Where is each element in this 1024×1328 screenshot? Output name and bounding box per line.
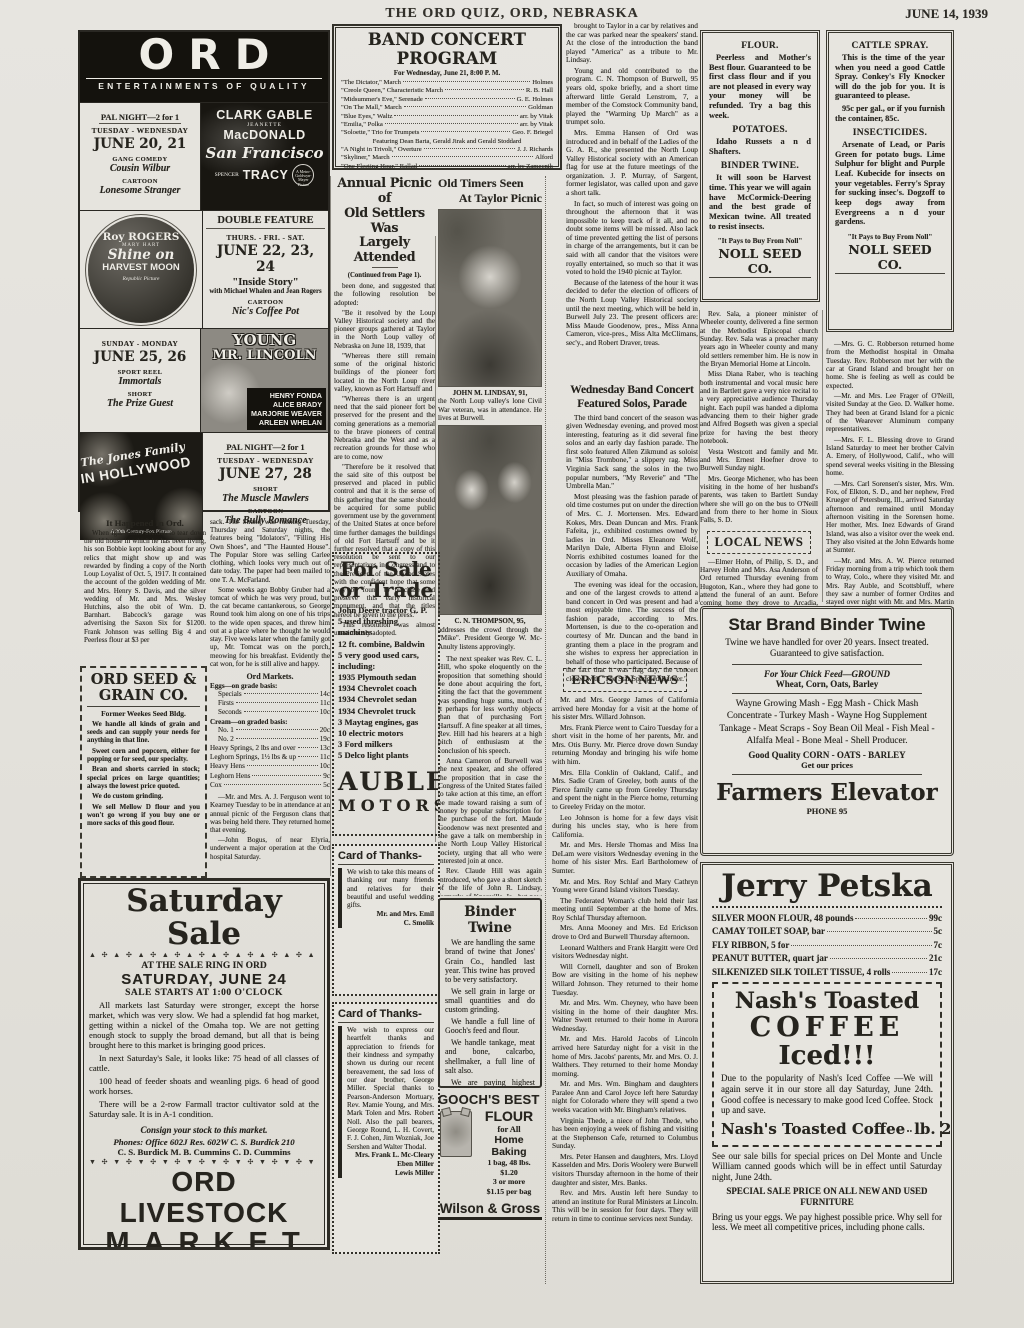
theater-banner: ORD ENTERTAINMENTS OF QUALITY (80, 32, 328, 102)
coffee-line2: COFFEE (721, 1014, 933, 1042)
coffee-price: lb. 27c (914, 1118, 954, 1141)
nash-coffee-box: Nash's Toasted COFFEE Iced!!! Due to the… (712, 982, 942, 1147)
piece-credit: arr. by Vitak (520, 121, 553, 129)
get-prices-line: Get our prices (713, 760, 941, 770)
paragraph: We are paying highest prices for fat hog… (445, 1078, 535, 1088)
dot-leader (392, 156, 534, 157)
ord-seed-name: ORD SEED &GRAIN CO. (87, 672, 200, 704)
signature: Mrs. Frank L. Mc-Cleary (347, 1151, 434, 1160)
show1-extra2-type: CARTOON (83, 178, 197, 185)
paragraph: 100 head of feeder shoats and weanling p… (89, 1077, 319, 1097)
potatoes-text: Idaho Russets a n d Shafters. (709, 137, 811, 156)
news-column-a-items: Rev. Sala, a pioneer minister of Wheeler… (700, 310, 818, 527)
sale-body: All markets last Saturday were stronger,… (89, 1001, 319, 1123)
livestock-market-name2: M.A.R.K.E.T (89, 1228, 319, 1250)
pal-night-label: PAL NIGHT—2 for 1 (99, 112, 181, 124)
news-item: Mr. and Mrs. Hersle Thomas and Miss Ina … (552, 841, 698, 875)
piece-credit: arr. by Zamecnik (508, 163, 554, 170)
market-price: 20c (320, 726, 330, 735)
piece-credit: J. J. Richards (517, 146, 553, 154)
paragraph: Some weeks ago Bobby Gruber had a tomcat… (210, 586, 330, 668)
market-label: No. 2 (218, 735, 234, 744)
saturday-sale-title: Saturday Sale (89, 885, 319, 950)
binder-twine-body: We are handling the same brand of twine … (445, 938, 535, 1088)
ord-markets-heading: Ord Markets. (210, 672, 330, 681)
flour-heading: FLOUR. (709, 41, 811, 51)
dot-leader (830, 958, 927, 959)
noll-seed-name: NOLL SEED CO. (709, 246, 811, 278)
lindsay-photo (438, 209, 542, 387)
signature: Lewis Miller (347, 1169, 434, 1178)
poster1-star1: CLARK GABLE (203, 108, 326, 122)
program-row: "One Fleeting Hour," Ballad arr. by Zame… (341, 163, 553, 170)
ord-seed-grain-ad: ORD SEED &GRAIN CO. Former Weekes Seed B… (80, 666, 207, 878)
theater-tagline: ENTERTAINMENTS OF QUALITY (86, 78, 322, 91)
saturday-sale-ad: Saturday Sale ▲ ✣ ▲ ✣ ▲ ✣ ▲ ✣ ▲ ✣ ▲ ✣ ▲ … (78, 878, 330, 1250)
double-feature-banner: DOUBLE FEATURE (206, 215, 325, 229)
show4-extra1-type: SHORT (206, 486, 325, 493)
paragraph: Because of the lateness of the hour it w… (566, 279, 698, 348)
market-label: Seconds (218, 708, 242, 717)
auble-name: AUBLE (338, 767, 434, 796)
dot-leader (855, 918, 927, 919)
news-item: Mrs. Ella Conklin of Oakland, Calif., an… (552, 769, 698, 812)
star-brand-heading: Star Brand Binder Twine (713, 615, 941, 635)
flour-text: Peerless and Mother's Best flour. Guaran… (709, 53, 811, 120)
show2-extra-type: CARTOON (206, 299, 325, 306)
card-of-thanks-2: Card of Thanks- We wish to express our h… (332, 1002, 440, 1254)
ord-seed-body: We handle all kinds of grain and seeds a… (87, 720, 200, 830)
signature: Mr. and Mrs. Emil (347, 910, 434, 919)
news-item: Miss Diana Raber, who is teaching both i… (700, 370, 818, 445)
poster1-title: San Francisco (203, 144, 326, 162)
paragraph: sack. The Strand was running Tuesday, Th… (210, 518, 330, 584)
owners-line: C. S. Burdick M. B. Cummins C. D. Cummin… (89, 1147, 319, 1157)
gooch-line1: GOOCH'S BEST (438, 1092, 542, 1107)
for-sale-item: 1934 Chevrolet sedan (338, 694, 434, 705)
cattle-spray-text1: This is the time of the year when you ne… (835, 53, 945, 101)
gooch-line4: Home Baking (476, 1134, 542, 1158)
item-price: 5c (934, 925, 943, 939)
news-item: Virginia Thede, a niece of John Thede, w… (552, 1117, 698, 1151)
show3-extra2-type: SHORT (83, 391, 197, 398)
pal-night-label-2: PAL NIGHT—2 for 1 (224, 442, 306, 454)
sale-ring-line: AT THE SALE RING IN ORD (89, 961, 319, 971)
program-row: "Skyliner," March Alford (341, 154, 553, 162)
mgm-seal-icon: A Metro-Goldwyn-Mayer Picture (292, 164, 314, 186)
paragraph: In fact, so much of interest was going o… (566, 200, 698, 277)
ornament-row-bottom: ▼ ✣ ▼ ✣ ▼ ✣ ▼ ✣ ▼ ✣ ▼ ✣ ▼ ✣ ▼ ✣ ▼ ✣ ▼ ✣ … (89, 1158, 319, 1166)
old-timers-story: The next speaker was Rev. C. L. Hill, wh… (438, 655, 542, 896)
news-item: Mr. and Mrs. Harold Jacobs of Lincoln ar… (552, 1035, 698, 1078)
piece-title: "Blue Eyes," Waltz (341, 113, 392, 121)
price-row: PEANUT BUTTER, quart jar 21c (712, 952, 942, 966)
card-of-thanks-1: Card of Thanks- We wish to take this mea… (332, 844, 440, 996)
for-sale-item: 3 Ford milkers (338, 739, 434, 750)
show4-days: TUESDAY - WEDNESDAY (206, 456, 325, 465)
show3-extra1: Immortals (83, 376, 197, 387)
theater-show1-cell: PAL NIGHT—2 for 1 TUESDAY - WEDNESDAY JU… (80, 103, 200, 210)
for-sale-item: 1934 Chevrolet coach (338, 683, 434, 694)
program-row: "On The Mall," March Goldman (341, 104, 553, 112)
paragraph: Young and old contributed to the program… (566, 67, 698, 127)
dot-leader (421, 131, 510, 132)
card1-bodywrap: We wish to take this means of thanking o… (338, 868, 434, 928)
eggs-rows: Specials 14c Firsts 11c Seconds 10c (210, 690, 330, 718)
market-row: No. 2 19c (210, 735, 330, 744)
dot-leader (425, 98, 515, 99)
market-price: 11c (320, 699, 330, 708)
news-item: —Mrs. Carl Sorensen's sister, Mrs. Wm. F… (826, 480, 954, 555)
cattle-spray-text2: 95c per gal., or if you furnish the cont… (835, 104, 945, 123)
market-label: No. 1 (218, 726, 234, 735)
for-sale-item: 3 Maytag engines, gas (338, 717, 434, 728)
news-item: Mr. and Mrs. Wm. Bingham and daughters P… (552, 1080, 698, 1114)
market-price: 11c (320, 753, 330, 762)
paragraph: been done, and suggested that the follow… (334, 282, 435, 307)
it-happened-right-column: sack. The Strand was running Tuesday, Th… (210, 518, 330, 878)
price-row: SILKENIZED SILK TOILET TISSUE, 4 rolls 1… (712, 966, 942, 980)
theater-show2-cell: DOUBLE FEATURE THURS. - FRI. - SAT. JUNE… (202, 211, 328, 328)
piece-title: "Soloette," Trio for Trumpets (341, 129, 419, 137)
price-row: FLY RIBBON, 5 for 7c (712, 939, 942, 953)
young-mr-lincoln-poster: YOUNG MR. LINCOLN HENRY FONDAALICE BRADY… (200, 329, 328, 432)
market-label: Heavy Springs, 2 lbs and over (210, 744, 296, 753)
cream-rows: No. 1 20c No. 2 19c (210, 726, 330, 744)
piece-title: "Midsummer's Eve," Serenade (341, 96, 423, 104)
news-item: —Mr. and Mrs. A. J. Ferguson went to Kea… (210, 793, 330, 834)
card2-body: We wish to express our heartfelt thanks … (347, 1026, 434, 1151)
item-label: PEANUT BUTTER, quart jar (712, 952, 828, 966)
wednesday-concert-article: Wednesday Band Concert Featured Solos, P… (566, 384, 698, 666)
gooch-flour-ad: GOOCH'S BEST FLOUR for All Home Baking 1… (438, 1092, 542, 1286)
card2-bodywrap: We wish to express our heartfelt thanks … (338, 1026, 434, 1178)
poster2-title1: Shine on (88, 248, 194, 263)
band-program-list-1: "The Dictator," March Holmes "Creole Que… (341, 79, 553, 138)
item-price: 17c (929, 966, 942, 980)
furniture-sale-line: SPECIAL SALE PRICE ON ALL NEW AND USED F… (712, 1186, 942, 1209)
show2-feature2-with: with Michael Whalen and Jean Rogers (206, 288, 325, 295)
news-column-a: Rev. Sala, a pioneer minister of Wheeler… (700, 310, 818, 604)
dot-leader (244, 711, 318, 712)
show1-extra1-type: GANG COMEDY (83, 156, 197, 163)
cast-name: ALICE BRADY (251, 400, 322, 409)
for-sale-head2: or Trade (338, 580, 434, 601)
column-rule (822, 310, 823, 602)
theater-name: ORD (80, 32, 328, 78)
dot-leader (236, 702, 318, 703)
noll-cattle-spray-ad: CATTLE SPRAY. This is the time of the ye… (826, 30, 954, 332)
piece-credit: G. E. Holmes (517, 96, 553, 104)
program-row: "Emilia," Polka arr. by Vitak (341, 121, 553, 129)
piece-credit: Holmes (532, 79, 553, 87)
news-item: Rev. Sala, a pioneer minister of Wheeler… (700, 310, 818, 368)
poster2-studio: Republic Picture (88, 276, 194, 282)
gooch-right: FLOUR for All Home Baking 1 bag, 48 lbs.… (476, 1108, 542, 1197)
piece-title: "Skyliner," March (341, 154, 390, 162)
cast-name: HENRY FONDA (251, 391, 322, 400)
news-item: Vesta Westcott and family and Mr. and Mr… (700, 448, 818, 473)
price-row: SILVER MOON FLOUR, 48 pounds 99c (712, 912, 942, 926)
market-row: Specials 14c (210, 690, 330, 699)
signature: C. Smolik (347, 919, 434, 928)
band-program-list-2: "A Night in Trivoli," Overture J. J. Ric… (341, 146, 553, 170)
poultry-rows: Heavy Springs, 2 lbs and over 13c Leghor… (210, 744, 330, 790)
poster1-star3: TRACY (243, 168, 289, 182)
binder-twine-heading: BINDER TWINE. (709, 161, 811, 171)
news-item: —Mrs. F. L. Blessing drove to Grand Isla… (826, 436, 954, 478)
it-happened-heading: It Happened In Ord. (84, 518, 206, 528)
card1-body: We wish to take this means of thanking o… (347, 868, 434, 910)
paragraph: We do custom grinding. (87, 792, 200, 800)
market-label: Firsts (218, 699, 234, 708)
taylor-picnic-continuation: brought to Taylor in a car by relatives … (566, 22, 698, 382)
price-row: CAMAY TOILET SOAP, bar 5c (712, 925, 942, 939)
piece-credit: Geo. F. Briegel (512, 129, 553, 137)
feeds-list: Wayne Growing Mash - Egg Mash - Chick Ma… (713, 698, 941, 748)
noll-slogan: "It Pays to Buy From Noll" (835, 233, 945, 241)
market-row: Cox 5c (210, 781, 330, 790)
market-label: Specials (218, 690, 242, 699)
news-item: Leonard Walthers and Frank Hargitt were … (552, 944, 698, 961)
market-label: Leghorn Springs, 1½ lbs & up (210, 753, 296, 762)
band-concert-title: BAND CONCERT PROGRAM (341, 30, 553, 68)
for-sale-item: 5 very good used cars, including: (338, 650, 434, 672)
news-item: —John Bogus, of near Elyria, underwent a… (210, 836, 330, 861)
farmers-elevator-ad: Star Brand Binder Twine Twine we have ha… (700, 606, 954, 856)
dot-leader (247, 765, 318, 766)
dot-leader (298, 756, 318, 757)
dot-leader (394, 115, 517, 116)
insecticides-heading: INSECTICIDES. (835, 128, 945, 138)
paragraph: We handle all kinds of grain and seeds a… (87, 720, 200, 744)
show3-dates: JUNE 25, 26 (83, 349, 197, 365)
show2-days: THURS. - FRI. - SAT. (206, 233, 325, 242)
paragraph: Bran and shorts carried in stock; specia… (87, 765, 200, 789)
poster3-castbox: HENRY FONDAALICE BRADYMARJORIE WEAVERARL… (247, 388, 326, 430)
coffee-price-label: Nash's Toasted Coffee (721, 1118, 905, 1141)
farmers-elevator-phone: PHONE 95 (713, 806, 941, 816)
paragraph: In next Saturday's Sale, it looks like: … (89, 1054, 319, 1074)
show4-dates: JUNE 27, 28 (206, 466, 325, 482)
dot-leader (892, 972, 927, 973)
market-row: Heavy Springs, 2 lbs and over 13c (210, 744, 330, 753)
dot-leader (445, 89, 524, 90)
piece-credit: Alford (535, 154, 553, 162)
dot-leader (827, 931, 931, 932)
for-sale-item: 1935 Plymouth sedan (338, 672, 434, 683)
piece-title: "On The Mall," March (341, 104, 402, 112)
for-sale-item: 5 Delco light plants (338, 750, 434, 761)
chick-feed-line1: For Your Chick Feed—GROUND (713, 669, 941, 679)
masthead-title: THE ORD QUIZ, ORD, NEBRASKA (0, 6, 1024, 22)
jerry-petska-ad: Jerry Petska SILVER MOON FLOUR, 48 pound… (700, 862, 954, 1284)
item-label: FLY RIBBON, 5 for (712, 939, 789, 953)
paragraph: "Whereas there still remain some of the … (334, 352, 435, 393)
theater-ad: ORD ENTERTAINMENTS OF QUALITY PAL NIGHT—… (78, 30, 330, 512)
ornament-rule (712, 906, 942, 908)
theater-show3-cell: SUNDAY - MONDAY JUNE 25, 26 SPORT REEL I… (80, 329, 200, 432)
show1-extra1: Cousin Wilbur (83, 163, 197, 174)
card2-heading: Card of Thanks- (338, 1008, 434, 1023)
show2-dates: JUNE 22, 23, 24 (206, 243, 325, 275)
poster3-title: YOUNG MR. LINCOLN (201, 329, 328, 362)
ornament-row-top: ▲ ✣ ▲ ✣ ▲ ✣ ▲ ✣ ▲ ✣ ▲ ✣ ▲ ✣ ▲ ✣ ▲ ✣ ▲ ✣ … (89, 951, 319, 959)
paragraph: Rev. Claude Hill was again introduced, w… (438, 867, 542, 896)
news-item: —Mr. and Mrs. Lee Frager of O'Neill, vis… (826, 392, 954, 434)
paragraph: We handle a full line of Gooch's feed an… (445, 1017, 535, 1036)
item-label: CAMAY TOILET SOAP, bar (712, 925, 825, 939)
coffee-price-row: Nash's Toasted Coffee lb. 27c (721, 1118, 933, 1141)
for-sale-list: John Deere tractor G. P.5 used threshing… (338, 605, 434, 761)
star-brand-text: Twine we have handled for over 20 years.… (713, 637, 941, 660)
san-francisco-poster: CLARK GABLE JEANETTE MacDONALD San Franc… (200, 103, 328, 210)
show1-days: TUESDAY - WEDNESDAY (83, 126, 197, 135)
show4-extra2-type: CARTOON (206, 508, 325, 515)
market-row: No. 1 20c (210, 726, 330, 735)
market-price: 5c (323, 781, 330, 790)
continued-note: (Continued from Page 1). (334, 272, 435, 279)
divider (732, 664, 922, 665)
dot-leader (385, 123, 518, 124)
lindsay-caption: JOHN M. LINDSAY, 91, the North Loup vall… (438, 389, 542, 422)
paragraph: Mrs. Emma Hansen of Ord was introduced a… (566, 129, 698, 198)
paragraph: We are handling the same brand of twine … (445, 938, 535, 984)
poster1-star2: MacDONALD (203, 128, 326, 142)
piece-title: "The Dictator," March (341, 79, 401, 87)
card2-signatures: Mrs. Frank L. Mc-ClearyEben MillerLewis … (347, 1151, 434, 1178)
news-item: Mrs. George Michener, who has been visit… (700, 475, 818, 525)
program-row: "Soloette," Trio for Trumpets Geo. F. Br… (341, 129, 553, 137)
paragraph: When Ign. Klima decided to tear down the… (84, 529, 206, 644)
dot-leader (403, 81, 530, 82)
chick-feed-line2: Wheat, Corn, Oats, Barley (713, 679, 941, 689)
news-item: Rev. and Mrs. Austin left here Sunday to… (552, 1189, 698, 1223)
livestock-market-name1: ORD LIVESTOCK (89, 1167, 319, 1229)
theater-show3-row: SUNDAY - MONDAY JUNE 25, 26 SPORT REEL I… (80, 328, 328, 432)
wednesday-concert-body: The third band concert of the season was… (566, 414, 698, 686)
petska-text2: See our sale bills for special prices on… (712, 1151, 942, 1183)
auble-motors-ad: For Sale or Trade John Deere tractor G. … (332, 552, 440, 836)
ericson-news-column: ERICSON NEWS Mr. and Mrs. George James o… (552, 668, 698, 1286)
gooch-price2: $1.20 (476, 1168, 542, 1178)
featuring-note: Featuring Dean Barta, Gerald Jirak and G… (341, 138, 553, 146)
harvest-moon-circle: Roy ROGERS MARY HART Shine on HARVEST MO… (88, 217, 194, 323)
news-item: Mrs. Anna Mooney and Mrs. Ed Erickson dr… (552, 924, 698, 941)
paragraph: All markets last Saturday were stronger,… (89, 1001, 319, 1051)
potatoes-heading: POTATOES. (709, 125, 811, 135)
gooch-line3: for All (476, 1124, 542, 1134)
news-item: Mrs. Peter Hansen and daughters, Mrs. Ll… (552, 1153, 698, 1187)
item-label: SILVER MOON FLOUR, 48 pounds (712, 912, 853, 926)
cattle-spray-heading: CATTLE SPRAY. (835, 41, 945, 51)
piece-credit: R. B. Hall (526, 87, 553, 95)
news-column-b-items: —Mrs. G. C. Robberson returned home from… (826, 340, 954, 650)
show1-dates: JUNE 20, 21 (83, 136, 197, 152)
theater-show2-row: Roy ROGERS MARY HART Shine on HARVEST MO… (80, 210, 328, 328)
divider (732, 774, 922, 775)
for-sale-item: 5 used threshing machines (338, 616, 434, 638)
thompson-photo (438, 425, 542, 615)
market-price: 14c (320, 690, 330, 699)
paragraph: "Be it resolved by the Loup Valley Histo… (334, 309, 435, 350)
program-row: "The Dictator," March Holmes (341, 79, 553, 87)
item-price: 7c (934, 939, 943, 953)
for-sale-item: 12 ft. combine, Baldwin (338, 639, 434, 650)
eggs-label: Eggs—on grade basis: (210, 682, 330, 690)
paragraph: Sweet corn and popcorn, either for poppi… (87, 747, 200, 763)
show3-extra1-type: SPORT REEL (83, 369, 197, 376)
paragraph: Most pleasing was the fashion parade of … (566, 493, 698, 579)
dot-leader (236, 738, 318, 739)
sale-time-line: SALE STARTS AT 1:00 O'CLOCK (89, 988, 319, 998)
piece-credit: arr. by Vitak (520, 113, 553, 121)
market-price: 10c (320, 762, 330, 771)
gooch-price4: $1.15 per bag (476, 1187, 542, 1197)
paragraph: brought to Taylor in a car by relatives … (566, 22, 698, 65)
dot-leader (791, 945, 931, 946)
signature: Eben Miller (347, 1160, 434, 1169)
for-sale-item: 10 electric motors (338, 728, 434, 739)
dot-leader (424, 148, 516, 149)
local-news-heading: LOCAL NEWS (707, 531, 811, 554)
card1-signatures: Mr. and Mrs. EmilC. Smolik (347, 910, 434, 928)
ericson-news-heading: ERICSON NEWS (563, 668, 687, 692)
news-item: Leo Johnson is home for a few days visit… (552, 814, 698, 840)
consign-line: Consign your stock to this market. (89, 1125, 319, 1135)
news-item: Mr. and Mrs. Roy Schlaf and Mary Cathryn… (552, 878, 698, 895)
piece-title: "Emilia," Polka (341, 121, 383, 129)
gooch-price1: 1 bag, 48 lbs. (476, 1158, 542, 1168)
coffee-text: Due to the popularity of Nash's Iced Cof… (721, 1073, 933, 1116)
thompson-caption: C. N. THOMPSON, 95, addresses the crowd … (438, 617, 542, 650)
band-concert-program-box: BAND CONCERT PROGRAM For Wednesday, June… (332, 24, 562, 170)
wilson-gross-signature: Wilson & Gross (438, 1201, 542, 1220)
gooch-price3: 3 or more (476, 1177, 542, 1187)
market-label: Heavy Hens (210, 762, 245, 771)
binder-twine-ad: Binder Twine We are handling the same br… (438, 898, 542, 1088)
market-label: Leghorn Hens (210, 772, 250, 781)
paragraph: There will be a 2-row Farmall tractor cu… (89, 1100, 319, 1120)
phones-line: Phones: Office 602J Res. 602W C. S. Burd… (89, 1137, 319, 1147)
show2-extra: Nic's Coffee Pot (206, 306, 325, 317)
masthead-date: JUNE 14, 1939 (905, 6, 988, 22)
paragraph: We handle tankage, meat and bone, calcar… (445, 1038, 535, 1075)
wednesday-concert-headline: Wednesday Band Concert Featured Solos, P… (566, 384, 698, 412)
piece-title: "One Fleeting Hour," Ballad (341, 163, 417, 170)
for-sale-item: John Deere tractor G. P. (338, 605, 434, 616)
news-item: Mr. and Mrs. Wm. Cheyney, who have been … (552, 999, 698, 1033)
news-column-b: —Mrs. G. C. Robberson returned home from… (826, 340, 954, 604)
market-row: Leghorn Hens 9c (210, 772, 330, 781)
show3-extra2: The Prize Guest (83, 398, 197, 409)
auble-motors: MOTORS (338, 796, 434, 815)
theater-show1-row: PAL NIGHT—2 for 1 TUESDAY - WEDNESDAY JU… (80, 102, 328, 210)
ord-markets: Ord Markets. Eggs—on grade basis: Specia… (210, 672, 330, 790)
paragraph: We sell Mellow D flour and you won't go … (87, 803, 200, 827)
binder-twine-text: It will soon be Harvest time. This year … (709, 173, 811, 231)
petska-price-list: SILVER MOON FLOUR, 48 pounds 99c CAMAY T… (712, 912, 942, 980)
dot-leader (244, 693, 318, 694)
news-item: Mr. and Mrs. George James of California … (552, 696, 698, 722)
news-item: Mrs. Frank Pierce went to Cairo Tuesday … (552, 724, 698, 767)
old-timers-heading: Old Timers Seen At Taylor Picnic (438, 176, 542, 206)
dot-leader (907, 1130, 912, 1132)
headline-rule (372, 267, 398, 268)
coffee-line3: Iced!!! (721, 1042, 933, 1071)
market-row: Firsts 11c (210, 699, 330, 708)
band-concert-subtitle: For Wednesday, June 21, 8:00 P. M. (341, 69, 553, 77)
